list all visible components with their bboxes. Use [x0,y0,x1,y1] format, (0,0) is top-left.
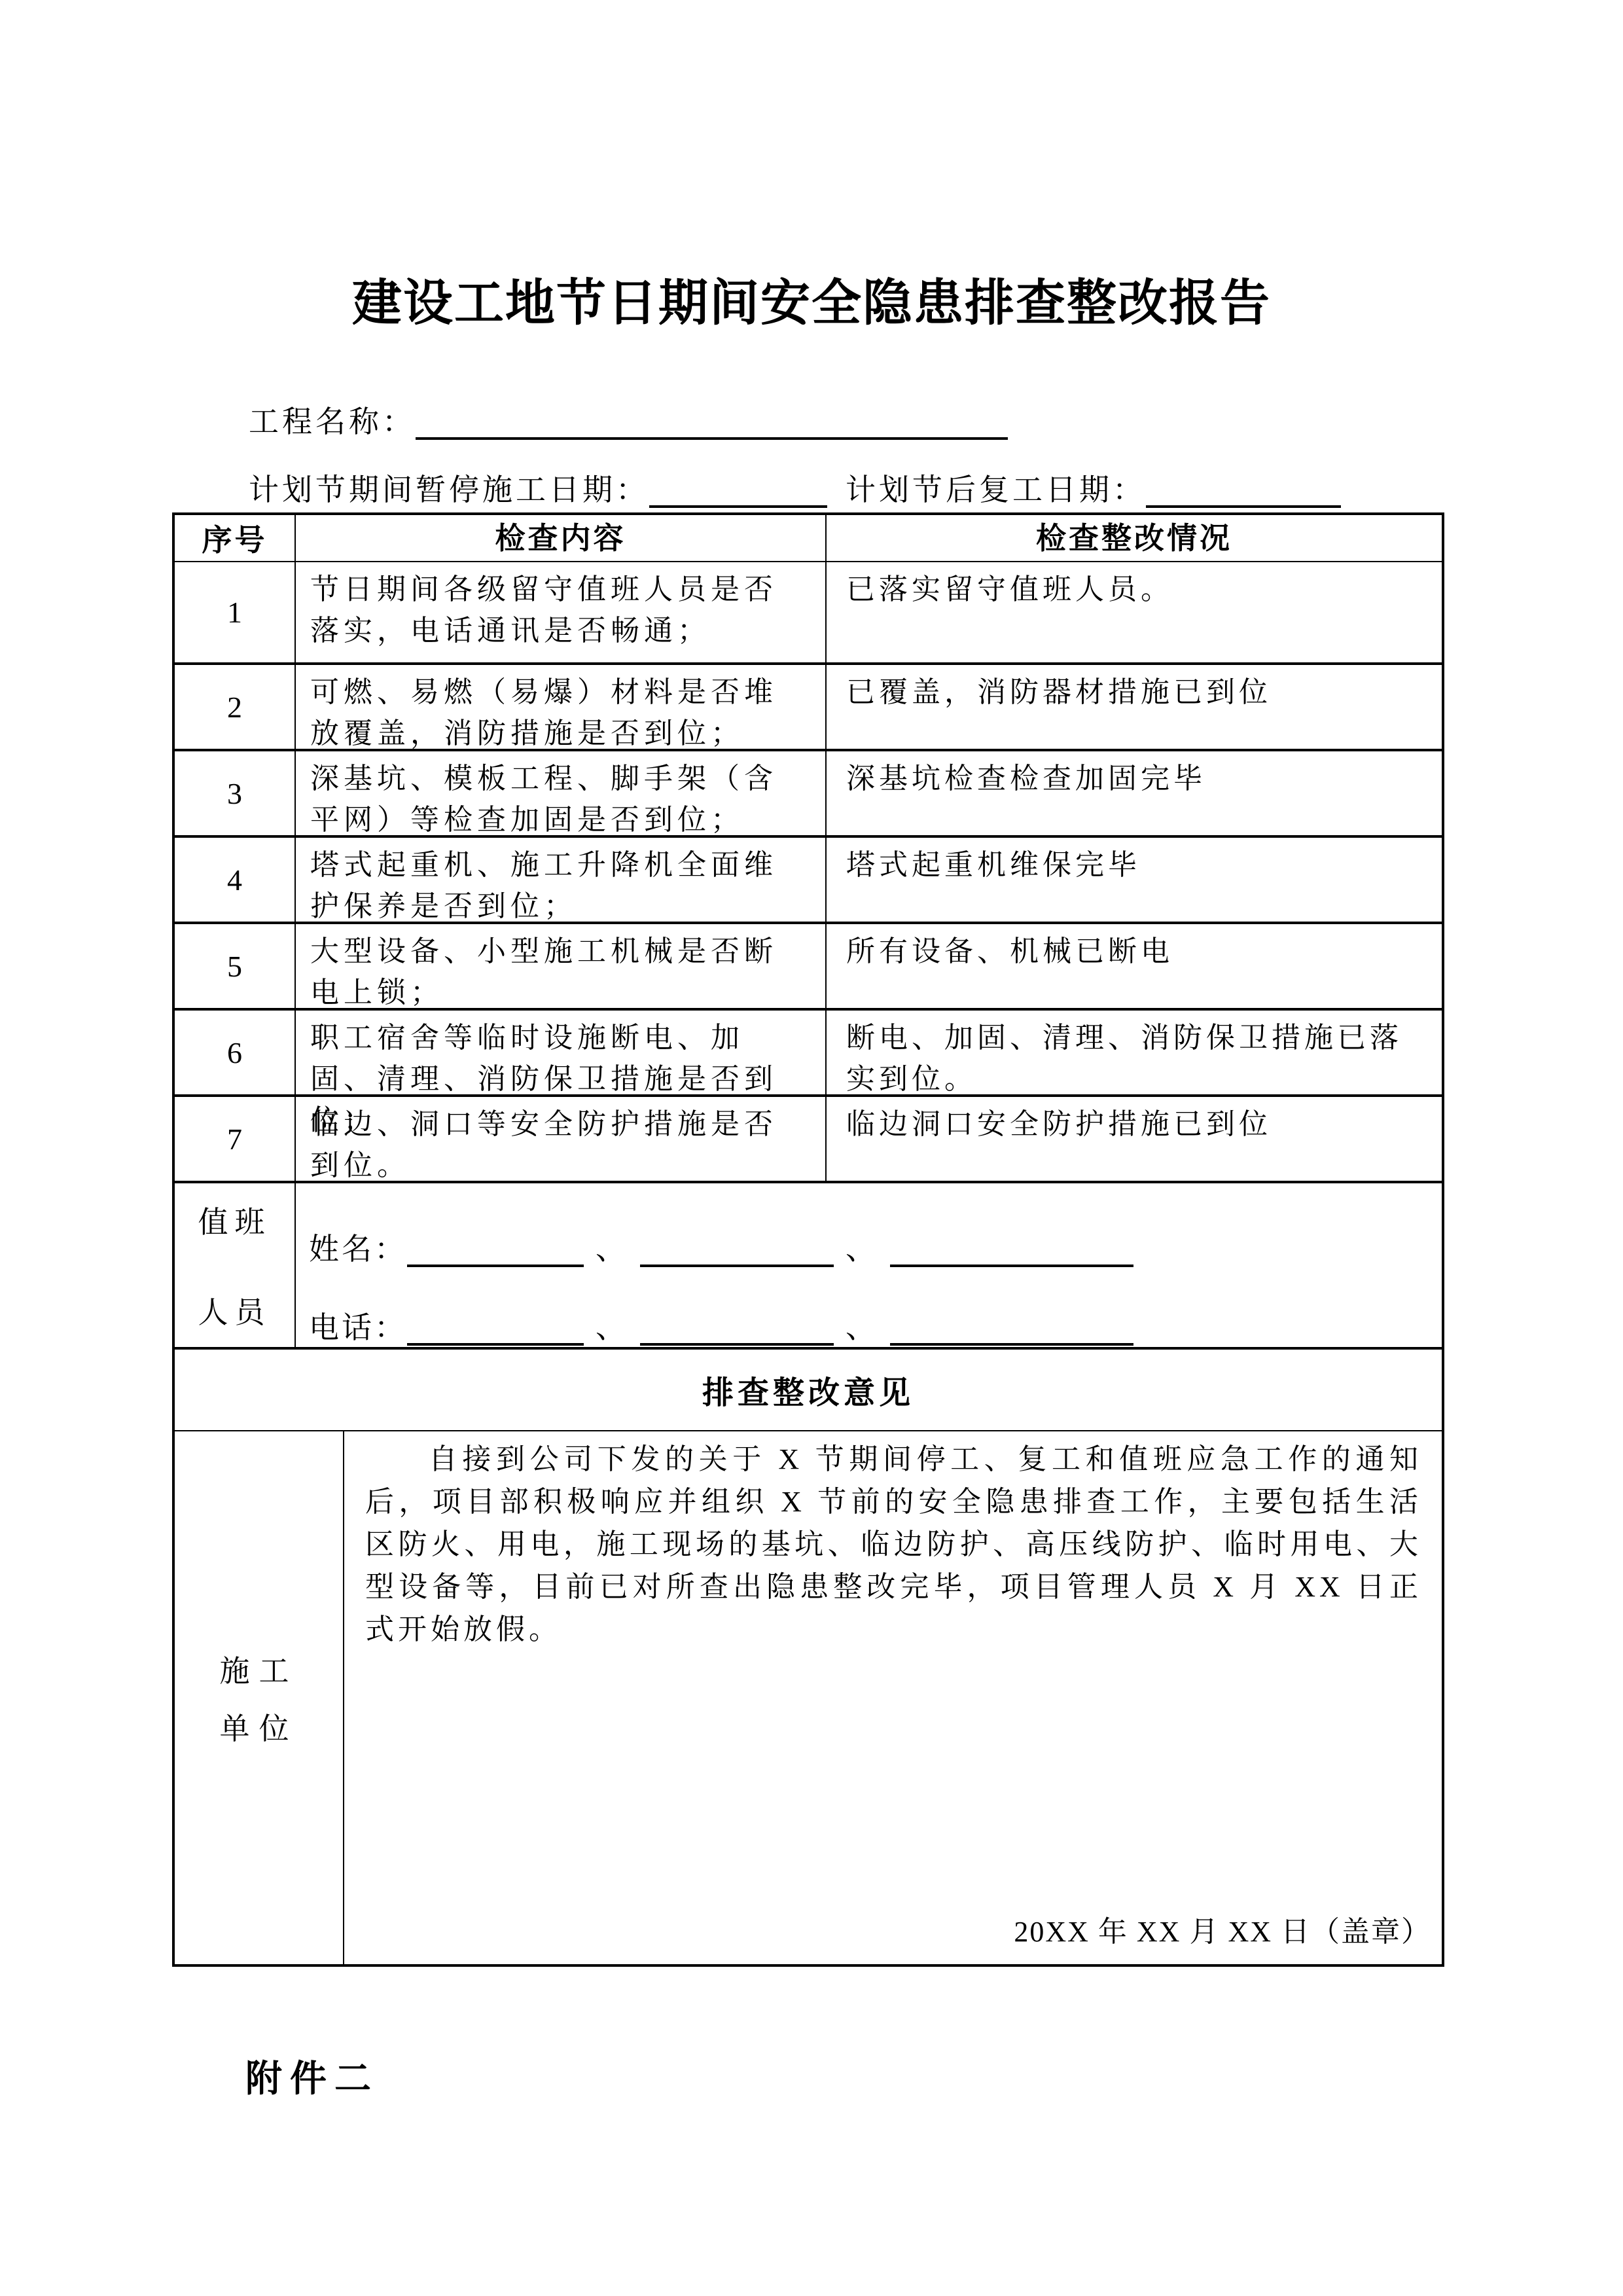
row-status: 所有设备、机械已断电 [825,924,1442,1008]
construction-unit-opinion-cell: 自接到公司下发的关于 X 节期间停工、复工和值班应急工作的通知后，项目部积极响应… [343,1431,1442,1964]
duty-name-blank-field-3[interactable] [890,1238,1133,1267]
row-no: 1 [175,562,294,662]
table-row: 6 职工宿舍等临时设施断电、加固、清理、消防保卫措施是否到位； 断电、加固、清理… [175,1008,1442,1094]
header-status: 检查整改情况 [825,515,1442,561]
row-content: 大型设备、小型施工机械是否断电上锁； [294,924,825,1008]
dates-line: 计划节期间暂停施工日期：计划节后复工日期： [249,466,1341,509]
row-content: 深基坑、模板工程、脚手架（含平网）等检查加固是否到位； [294,751,825,835]
report-document-page: 建设工地节日期间安全隐患排查整改报告 工程名称： 计划节期间暂停施工日期：计划节… [0,0,1623,2296]
row-no: 3 [175,751,294,835]
row-no: 7 [175,1097,294,1181]
duty-name-line: 姓名：、、 [309,1225,1133,1268]
list-separator: 、 [596,1225,628,1268]
project-name-blank-field[interactable] [416,411,1008,440]
project-name-label: 工程名称： [249,405,416,439]
unit-label-line2: 单位 [220,1705,298,1748]
duty-personnel-fields: 姓名：、、 电话：、、 [294,1183,1442,1347]
list-separator: 、 [846,1304,878,1347]
row-content: 临边、洞口等安全防护措施是否到位。 [294,1097,825,1181]
header-no: 序号 [175,515,294,561]
duty-phone-blank-field-2[interactable] [640,1317,834,1346]
duty-name-blank-field-2[interactable] [640,1238,834,1267]
row-status: 临边洞口安全防护措施已到位 [825,1097,1442,1181]
row-status: 断电、加固、清理、消防保卫措施已落实到位。 [825,1011,1442,1094]
duty-name-blank-field-1[interactable] [407,1238,584,1267]
opinion-header-row: 排查整改意见 [175,1347,1442,1430]
duty-label-line2: 人员 [198,1289,272,1332]
inspection-table: 序号 检查内容 检查整改情况 1 节日期间各级留守值班人员是否落实，电话通讯是否… [172,512,1444,1967]
row-status: 塔式起重机维保完毕 [825,838,1442,922]
duty-label-line1: 值班 [198,1198,272,1242]
stop-date-label: 计划节期间暂停施工日期： [249,473,649,507]
list-separator: 、 [846,1225,878,1268]
duty-phone-line: 电话：、、 [309,1304,1133,1347]
duty-phone-label: 电话： [309,1311,407,1344]
duty-name-label: 姓名： [309,1232,407,1266]
row-content: 可燃、易燃（易爆）材料是否堆放覆盖，消防措施是否到位； [294,665,825,749]
row-status: 已落实留守值班人员。 [825,562,1442,662]
opinion-paragraph: 自接到公司下发的关于 X 节期间停工、复工和值班应急工作的通知后，项目部积极响应… [365,1438,1422,1651]
row-no: 6 [175,1011,294,1094]
row-status: 已覆盖，消防器材措施已到位 [825,665,1442,749]
resume-date-blank-field[interactable] [1146,479,1341,508]
list-separator: 、 [596,1304,628,1347]
page-title: 建设工地节日期间安全隐患排查整改报告 [0,263,1623,334]
attachment-note: 附件二 [245,2050,379,2102]
opinion-header-title: 排查整改意见 [702,1367,914,1412]
table-row: 7 临边、洞口等安全防护措施是否到位。 临边洞口安全防护措施已到位 [175,1094,1442,1181]
table-row: 3 深基坑、模板工程、脚手架（含平网）等检查加固是否到位； 深基坑检查检查加固完… [175,749,1442,835]
row-no: 4 [175,838,294,922]
resume-date-label: 计划节后复工日期： [846,473,1146,507]
duty-personnel-row: 值班 人员 姓名：、、 电话：、、 [175,1181,1442,1347]
row-content: 节日期间各级留守值班人员是否落实，电话通讯是否畅通； [294,562,825,662]
row-no: 2 [175,665,294,749]
unit-label-line1: 施工 [220,1647,298,1691]
row-status: 深基坑检查检查加固完毕 [825,751,1442,835]
signature-date-line: 20XX 年 XX 月 XX 日（盖章） [1014,1908,1431,1950]
duty-phone-blank-field-1[interactable] [407,1317,584,1346]
row-content: 塔式起重机、施工升降机全面维护保养是否到位； [294,838,825,922]
project-name-line: 工程名称： [249,398,1008,441]
construction-unit-row: 施工 单位 自接到公司下发的关于 X 节期间停工、复工和值班应急工作的通知后，项… [175,1430,1442,1964]
table-header-row: 序号 检查内容 检查整改情况 [175,515,1442,561]
duty-personnel-label: 值班 人员 [175,1183,294,1347]
header-content: 检查内容 [294,515,825,561]
duty-phone-blank-field-3[interactable] [890,1317,1133,1346]
table-row: 1 节日期间各级留守值班人员是否落实，电话通讯是否畅通； 已落实留守值班人员。 [175,561,1442,662]
table-row: 5 大型设备、小型施工机械是否断电上锁； 所有设备、机械已断电 [175,922,1442,1008]
table-row: 2 可燃、易燃（易爆）材料是否堆放覆盖，消防措施是否到位； 已覆盖，消防器材措施… [175,662,1442,749]
row-content: 职工宿舍等临时设施断电、加固、清理、消防保卫措施是否到位； [294,1011,825,1094]
construction-unit-label: 施工 单位 [175,1431,343,1964]
table-row: 4 塔式起重机、施工升降机全面维护保养是否到位； 塔式起重机维保完毕 [175,835,1442,922]
row-no: 5 [175,924,294,1008]
stop-date-blank-field[interactable] [649,479,827,508]
